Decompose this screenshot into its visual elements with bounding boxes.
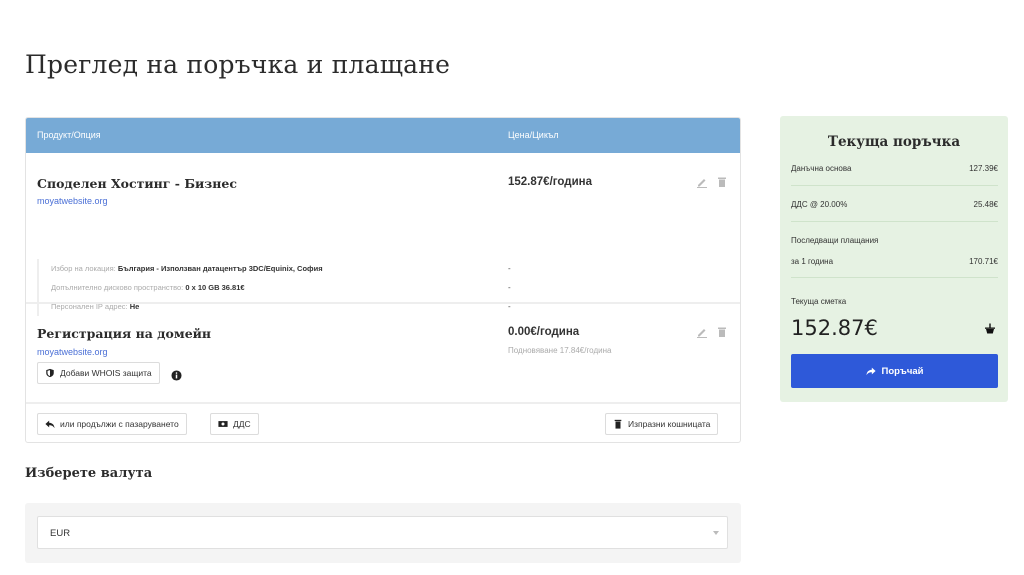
summary-total-label: Текуща сметка xyxy=(791,297,998,306)
item-price: 0.00€/година xyxy=(508,326,579,338)
currency-title: Изберете валута xyxy=(25,466,152,481)
cart-table-header: Продукт/Опция Цена/Цикъл xyxy=(26,118,740,153)
cart-item-domain: Регистрация на домейн moyatwebsite.org 0… xyxy=(26,304,740,404)
whois-button-label: Добави WHOIS защита xyxy=(60,368,152,378)
chevron-down-icon xyxy=(713,531,719,535)
trash-icon[interactable] xyxy=(716,326,728,338)
currency-selected-value: EUR xyxy=(50,528,70,539)
cart-table: Продукт/Опция Цена/Цикъл Споделен Хостин… xyxy=(25,117,741,443)
summary-vat: ДДС @ 20.00%25.48€ xyxy=(791,200,998,209)
option-location: Избор на локация: България - Използван д… xyxy=(51,259,497,278)
reply-arrow-icon xyxy=(45,419,55,429)
column-product: Продукт/Опция xyxy=(37,130,101,140)
continue-shopping-button[interactable]: или продължи с пазаруването xyxy=(37,413,187,435)
cart-footer: или продължи с пазаруването ДДС Изпразни… xyxy=(26,404,740,442)
summary-recurring: за 1 година170.71€ xyxy=(791,257,998,266)
option-disk: Допълнително дисково пространство: 0 x 1… xyxy=(51,278,497,297)
share-arrow-icon xyxy=(866,366,876,376)
divider xyxy=(791,221,998,222)
empty-cart-label: Изпразни кошницата xyxy=(628,419,710,429)
trash-icon xyxy=(613,419,623,429)
divider xyxy=(791,277,998,278)
item-domain-link[interactable]: moyatwebsite.org xyxy=(37,347,108,357)
summary-title: Текуща поръчка xyxy=(780,134,1008,150)
item-domain-link[interactable]: moyatwebsite.org xyxy=(37,196,108,206)
trash-icon[interactable] xyxy=(716,176,728,188)
order-button[interactable]: Поръчай xyxy=(791,354,998,388)
vat-button[interactable]: ДДС xyxy=(210,413,259,435)
add-whois-protection-button[interactable]: Добави WHOIS защита xyxy=(37,362,160,384)
item-title: Споделен Хостинг - Бизнес xyxy=(37,176,237,191)
money-icon xyxy=(218,419,228,429)
basket-icon xyxy=(984,322,996,334)
page-title: Преглед на поръчка и плащане xyxy=(25,50,450,79)
order-summary: Текуща поръчка Данъчна основа127.39€ ДДС… xyxy=(780,116,1008,402)
renewal-price: Подновяване 17.84€/година xyxy=(508,346,611,355)
summary-total: 152.87€ xyxy=(791,316,878,340)
item-price: 152.87€/година xyxy=(508,176,592,188)
column-price: Цена/Цикъл xyxy=(508,130,559,140)
empty-cart-button[interactable]: Изпразни кошницата xyxy=(605,413,718,435)
continue-shopping-label: или продължи с пазаруването xyxy=(60,419,179,429)
edit-icon[interactable] xyxy=(696,326,708,338)
order-button-label: Поръчай xyxy=(882,366,924,377)
vat-label: ДДС xyxy=(233,419,251,429)
edit-icon[interactable] xyxy=(696,176,708,188)
currency-panel: EUR xyxy=(25,503,741,563)
currency-select[interactable]: EUR xyxy=(37,516,728,549)
info-icon[interactable] xyxy=(171,368,182,379)
item-title: Регистрация на домейн xyxy=(37,326,211,341)
cart-item-hosting: Споделен Хостинг - Бизнес moyatwebsite.o… xyxy=(26,153,740,304)
divider xyxy=(791,185,998,186)
summary-recurring-label: Последващи плащания xyxy=(791,236,998,245)
summary-subtotal: Данъчна основа127.39€ xyxy=(791,164,998,173)
shield-icon xyxy=(45,368,55,378)
